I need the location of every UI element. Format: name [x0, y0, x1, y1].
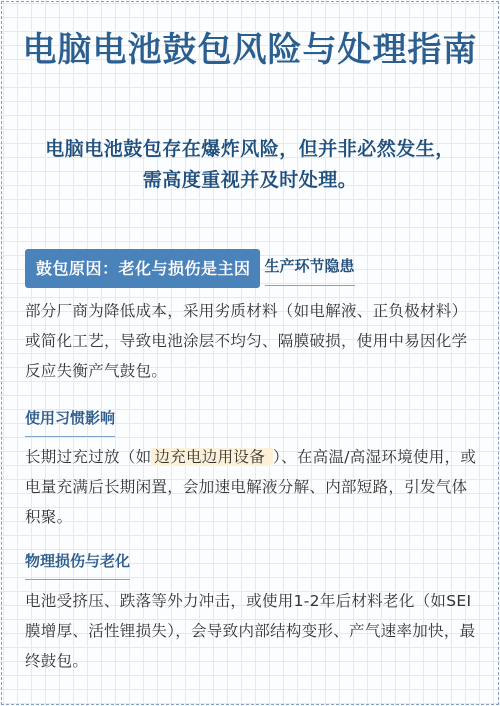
section-heading-usage-label: 使用习惯影响: [25, 409, 115, 427]
section-heading-damage: 物理损伤与老化: [25, 546, 130, 580]
infographic-page: 电脑电池鼓包风险与处理指南 电脑电池鼓包存在爆炸风险，但并非必然发生，需高度重视…: [0, 0, 500, 706]
heading-underline: [25, 579, 130, 580]
cause-header-row: 鼓包原因：老化与损伤是主因 生产环节隐患: [25, 248, 355, 288]
section-body-usage: 长期过充过放（如边充电边用设备）、在高温/高湿环境使用，或电量充满后长期闲置，会…: [25, 442, 480, 532]
cause-badge: 鼓包原因：老化与损伤是主因: [25, 249, 260, 288]
page-title: 电脑电池鼓包风险与处理指南: [20, 28, 480, 73]
heading-underline: [25, 436, 115, 437]
heading-underline: [265, 285, 355, 286]
section-heading-production-label: 生产环节隐患: [265, 257, 355, 275]
section-heading-damage-label: 物理损伤与老化: [25, 552, 130, 570]
section-heading-production: 生产环节隐患: [265, 249, 355, 288]
section-body-damage: 电池受挤压、跌落等外力冲击，或使用1-2年后材料老化（如SEI膜增厚、活性锂损失…: [25, 586, 480, 676]
section-heading-usage: 使用习惯影响: [25, 403, 115, 437]
section-body-production: 部分厂商为降低成本，采用劣质材料（如电解液、正负极材料）或简化工艺，导致电池涂层…: [25, 296, 480, 386]
usage-text-before: 长期过充过放（如: [25, 448, 151, 466]
page-subtitle: 电脑电池鼓包存在爆炸风险，但并非必然发生，需高度重视并及时处理。: [40, 134, 460, 196]
highlighted-phrase: 边充电边用设备: [151, 448, 273, 466]
